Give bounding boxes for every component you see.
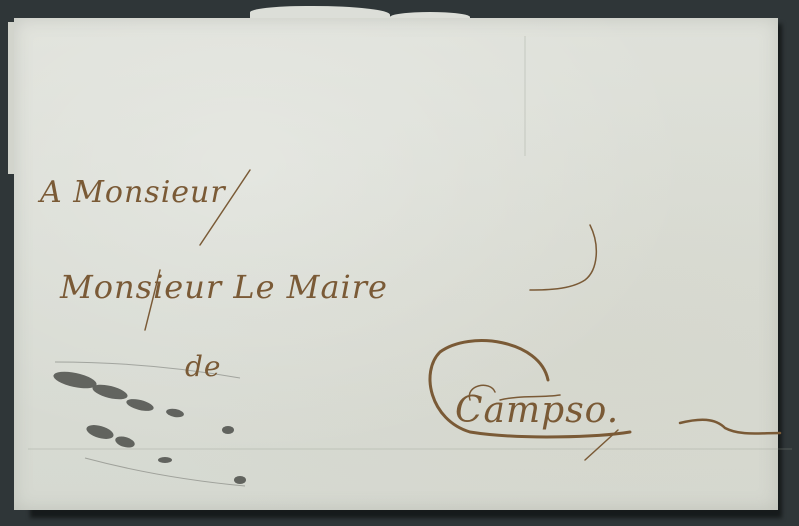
ink-flourishes bbox=[0, 0, 799, 526]
address-line-3: de bbox=[185, 350, 222, 383]
photo-scene: A Monsieur Monsieur Le Maire de Campso. bbox=[0, 0, 799, 526]
address-line-1: A Monsieur bbox=[40, 175, 226, 210]
address-line-2: Monsieur Le Maire bbox=[60, 268, 388, 306]
postmark-stamp bbox=[52, 369, 246, 484]
address-line-4: Campso. bbox=[455, 390, 619, 431]
